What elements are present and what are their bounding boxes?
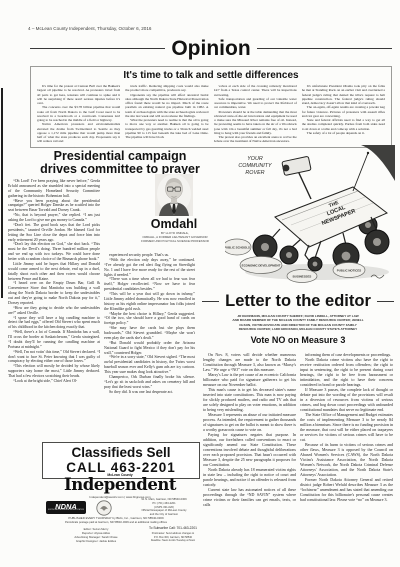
letter-rule-left xyxy=(202,301,219,302)
section-title: Opinion xyxy=(171,38,250,59)
masthead-subscribe-line: To Subscribe Call: 701-463-2201 xyxy=(142,526,204,530)
masthead-staff-list: Editor: Suzan MerryReporter: Alyssa Alda… xyxy=(50,527,142,543)
section-header: Opinion xyxy=(30,38,392,59)
cartoon-caption-line1: YOUR xyxy=(247,156,263,162)
editorial-column-1: It's time for the protest at Cannon Ball… xyxy=(37,84,120,142)
section-rule-right xyxy=(257,48,392,49)
masthead-title: Independent xyxy=(55,475,185,494)
cartoon-caption-line2: COMMUNITY xyxy=(238,163,272,169)
letter-heading: Letter to the editor xyxy=(225,293,371,310)
classifieds-ad-line1: Classifieds Sell xyxy=(43,445,199,460)
section-rule-left xyxy=(30,48,165,49)
cartoon-corner-shading xyxy=(361,145,395,181)
letter-byline: JR KERZMANN, MCLEAN COUNTY SHERIFF; DAVI… xyxy=(201,314,395,331)
scan-edge-artifact xyxy=(1,88,3,298)
masthead-postage-line: Periodicals postage paid at Garrison, ND… xyxy=(28,521,204,524)
letter-subhead: Vote NO on Measure 3 xyxy=(201,335,395,345)
editorial-title: It's time to talk and settle differences xyxy=(31,70,391,81)
omdahl-byline: BY LLOYD OMDAHL,OMDAHL, A FORMER LIEUTEN… xyxy=(134,232,216,244)
cartoon-caption-line3: ROVER xyxy=(245,170,264,176)
masthead-address-block: 91 N. Main, Garrison, ND 58540-0309 Ph: … xyxy=(124,498,204,517)
letter-header: Letter to the editor xyxy=(202,293,394,310)
masthead-postmaster-block: Postmaster: Send address changes to P.O.… xyxy=(142,532,204,543)
letter-column-1: On Nov. 8, voters will decide whether nu… xyxy=(203,352,296,547)
editorial-column-3: valves at each side of the crossing remo… xyxy=(214,84,297,142)
omdahl-column-2: experienced security people. That's us.“… xyxy=(104,253,195,437)
letter-rule-right xyxy=(377,301,394,302)
rock-label-economic-development: ECONOMIC DEVELOPMENT xyxy=(242,264,281,268)
masthead-deadline: Deadline: News & Ads Tuesday at Noon xyxy=(142,539,204,543)
rock-label-businesses: BUSINESSES xyxy=(293,275,312,279)
letter-column-2: informing them of case developments or p… xyxy=(300,352,393,547)
rock-label-public-notices: PUBLIC NOTICES xyxy=(337,269,361,273)
page-folio: 4 – McLean County Independent, Thursday,… xyxy=(28,26,151,31)
editorial-article-box: It's time to talk and settle differences… xyxy=(30,66,392,148)
editorial-cartoon: YOUR COMMUNITY ROVER THE LOCAL NEWSPAPER xyxy=(225,145,395,287)
ndna-logo: NDNA NORTH DAKOTA NEWSPAPER ASSOCIATION xyxy=(46,501,86,514)
omdahl-portrait-photo xyxy=(155,174,193,216)
editorial-column-4: It's unfortunate President Obama took pi… xyxy=(302,84,385,142)
editorial-column-2: truck traffic. Reducing shipping costs w… xyxy=(125,84,208,142)
rock-label-public-schools: PUBLIC SCHOOLS xyxy=(225,246,250,250)
omdahl-author-name: Omdahl xyxy=(143,217,205,231)
newspaper-page: 4 – McLean County Independent, Thursday,… xyxy=(0,0,400,567)
ndna-logo-subtext: NORTH DAKOTA NEWSPAPER ASSOCIATION xyxy=(48,510,84,512)
masthead-published-line: PUBLISHED EVERY THURSDAY by BHG, Inc., G… xyxy=(28,516,204,520)
omdahl-column-1: “Oh Lord! I've been praying like never b… xyxy=(8,179,100,437)
omdahl-title-line2: drives committee to prayer xyxy=(10,163,230,176)
